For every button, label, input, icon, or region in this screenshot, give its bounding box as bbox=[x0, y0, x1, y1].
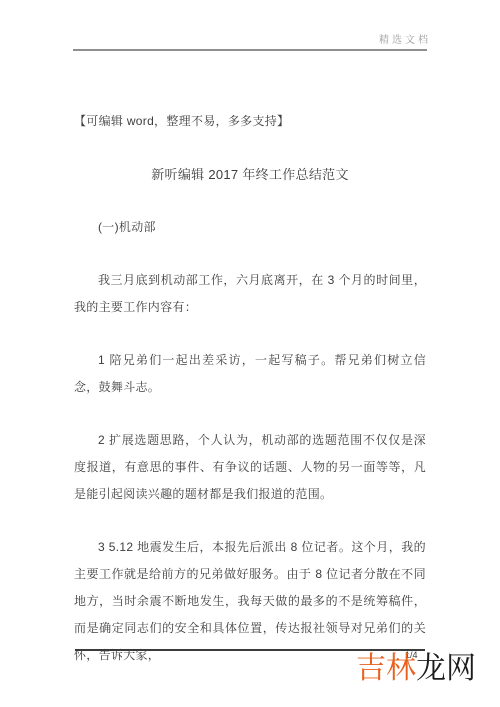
site-watermark: 吉林龙网 bbox=[356, 652, 476, 686]
paragraph: 2 扩展选题思路，个人认为，机动部的选题范围不仅仅是深度报道，有意思的事件、有争… bbox=[74, 427, 426, 508]
footer-rule bbox=[75, 649, 425, 651]
header-label: 精选文档 bbox=[379, 31, 431, 46]
editable-notice-line: 【可编辑 word，整理不易，多多支持】 bbox=[74, 108, 426, 135]
watermark-black-part: 龙网 bbox=[416, 652, 476, 685]
paragraph: 1 陪兄弟们一起出差采访，一起写稿子。帮兄弟们树立信念，鼓舞斗志。 bbox=[74, 347, 426, 401]
paragraph: 我三月底到机动部工作，六月底离开，在 3 个月的时间里，我的主要工作内容有： bbox=[74, 267, 426, 321]
document-page: 精选文档 【可编辑 word，整理不易，多多支持】 新听编辑 2017 年终工作… bbox=[0, 0, 500, 707]
document-body: 【可编辑 word，整理不易，多多支持】 新听编辑 2017 年终工作总结范文 … bbox=[0, 51, 500, 669]
document-title: 新听编辑 2017 年终工作总结范文 bbox=[74, 161, 426, 188]
section-heading: (一)机动部 bbox=[74, 214, 426, 241]
page-header: 精选文档 bbox=[73, 0, 427, 51]
watermark-orange-part: 吉林 bbox=[356, 652, 416, 685]
